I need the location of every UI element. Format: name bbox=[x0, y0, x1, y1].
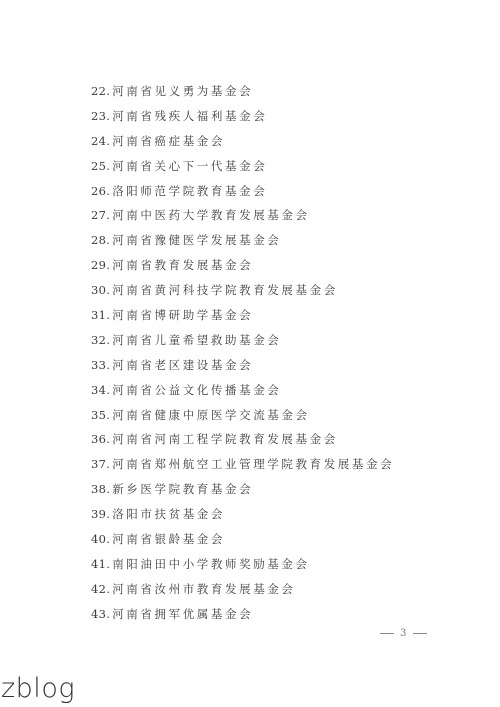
watermark: zblog bbox=[1, 674, 75, 704]
item-text: 河南省癌症基金会 bbox=[112, 134, 225, 148]
list-item: 43.河南省拥军优属基金会 bbox=[91, 604, 394, 629]
item-number: 35. bbox=[91, 408, 110, 422]
list-item: 23.河南省残疾人福利基金会 bbox=[91, 106, 394, 131]
item-text: 河南省老区建设基金会 bbox=[112, 358, 253, 372]
item-number: 23. bbox=[91, 109, 110, 123]
list-item: 27.河南中医药大学教育发展基金会 bbox=[91, 205, 394, 230]
list-item: 24.河南省癌症基金会 bbox=[91, 131, 394, 156]
page-number: 3 bbox=[374, 628, 433, 639]
list-item: 35.河南省健康中原医学交流基金会 bbox=[91, 405, 394, 430]
list-item: 34.河南省公益文化传播基金会 bbox=[91, 380, 394, 405]
item-number: 24. bbox=[91, 134, 110, 148]
item-text: 河南省郑州航空工业管理学院教育发展基金会 bbox=[112, 457, 394, 471]
foundation-list: 22.河南省见义勇为基金会 23.河南省残疾人福利基金会 24.河南省癌症基金会… bbox=[91, 81, 394, 629]
item-number: 42. bbox=[91, 582, 110, 596]
list-item: 25.河南省关心下一代基金会 bbox=[91, 156, 394, 181]
list-item: 30.河南省黄河科技学院教育发展基金会 bbox=[91, 280, 394, 305]
item-number: 30. bbox=[91, 283, 110, 297]
item-text: 河南省汝州市教育发展基金会 bbox=[112, 582, 295, 596]
item-number: 27. bbox=[91, 208, 110, 222]
list-item: 38.新乡医学院教育基金会 bbox=[91, 479, 394, 504]
list-item: 31.河南省博研助学基金会 bbox=[91, 305, 394, 330]
list-item: 28.河南省豫健医学发展基金会 bbox=[91, 230, 394, 255]
item-text: 河南省银龄基金会 bbox=[112, 532, 225, 546]
list-item: 36.河南省河南工程学院教育发展基金会 bbox=[91, 429, 394, 454]
item-number: 36. bbox=[91, 432, 110, 446]
dash-left bbox=[380, 633, 394, 634]
item-text: 河南省见义勇为基金会 bbox=[112, 84, 253, 98]
item-number: 40. bbox=[91, 532, 110, 546]
item-number: 32. bbox=[91, 333, 110, 347]
list-item: 29.河南省教育发展基金会 bbox=[91, 255, 394, 280]
item-number: 33. bbox=[91, 358, 110, 372]
item-text: 南阳油田中小学教师奖励基金会 bbox=[112, 557, 309, 571]
item-number: 22. bbox=[91, 84, 110, 98]
list-item: 26.洛阳师范学院教育基金会 bbox=[91, 181, 394, 206]
item-number: 26. bbox=[91, 184, 110, 198]
list-item: 32.河南省儿童希望救助基金会 bbox=[91, 330, 394, 355]
item-text: 河南省儿童希望救助基金会 bbox=[112, 333, 281, 347]
item-text: 河南省博研助学基金会 bbox=[112, 308, 253, 322]
item-text: 河南省关心下一代基金会 bbox=[112, 159, 267, 173]
item-number: 29. bbox=[91, 258, 110, 272]
item-text: 河南省拥军优属基金会 bbox=[112, 607, 253, 621]
item-number: 31. bbox=[91, 308, 110, 322]
item-text: 河南省豫健医学发展基金会 bbox=[112, 233, 281, 247]
item-text: 河南省健康中原医学交流基金会 bbox=[112, 408, 309, 422]
dash-right bbox=[413, 633, 427, 634]
item-text: 河南省教育发展基金会 bbox=[112, 258, 253, 272]
list-item: 39.洛阳市扶贫基金会 bbox=[91, 504, 394, 529]
item-text: 河南省公益文化传播基金会 bbox=[112, 383, 281, 397]
item-text: 河南省黄河科技学院教育发展基金会 bbox=[112, 283, 338, 297]
item-text: 洛阳师范学院教育基金会 bbox=[112, 184, 267, 198]
item-number: 34. bbox=[91, 383, 110, 397]
item-number: 28. bbox=[91, 233, 110, 247]
item-number: 25. bbox=[91, 159, 110, 173]
item-number: 37. bbox=[91, 457, 110, 471]
item-text: 河南省残疾人福利基金会 bbox=[112, 109, 267, 123]
list-item: 41.南阳油田中小学教师奖励基金会 bbox=[91, 554, 394, 579]
list-item: 33.河南省老区建设基金会 bbox=[91, 355, 394, 380]
item-text: 新乡医学院教育基金会 bbox=[112, 482, 253, 496]
item-number: 43. bbox=[91, 607, 110, 621]
page-number-value: 3 bbox=[400, 628, 407, 639]
item-text: 河南中医药大学教育发展基金会 bbox=[112, 208, 309, 222]
list-item: 42.河南省汝州市教育发展基金会 bbox=[91, 579, 394, 604]
item-text: 河南省河南工程学院教育发展基金会 bbox=[112, 432, 338, 446]
item-number: 38. bbox=[91, 482, 110, 496]
list-item: 22.河南省见义勇为基金会 bbox=[91, 81, 394, 106]
item-number: 41. bbox=[91, 557, 110, 571]
item-text: 洛阳市扶贫基金会 bbox=[112, 507, 225, 521]
document-page: 22.河南省见义勇为基金会 23.河南省残疾人福利基金会 24.河南省癌症基金会… bbox=[0, 0, 500, 707]
list-item: 40.河南省银龄基金会 bbox=[91, 529, 394, 554]
item-number: 39. bbox=[91, 507, 110, 521]
list-item: 37.河南省郑州航空工业管理学院教育发展基金会 bbox=[91, 454, 394, 479]
